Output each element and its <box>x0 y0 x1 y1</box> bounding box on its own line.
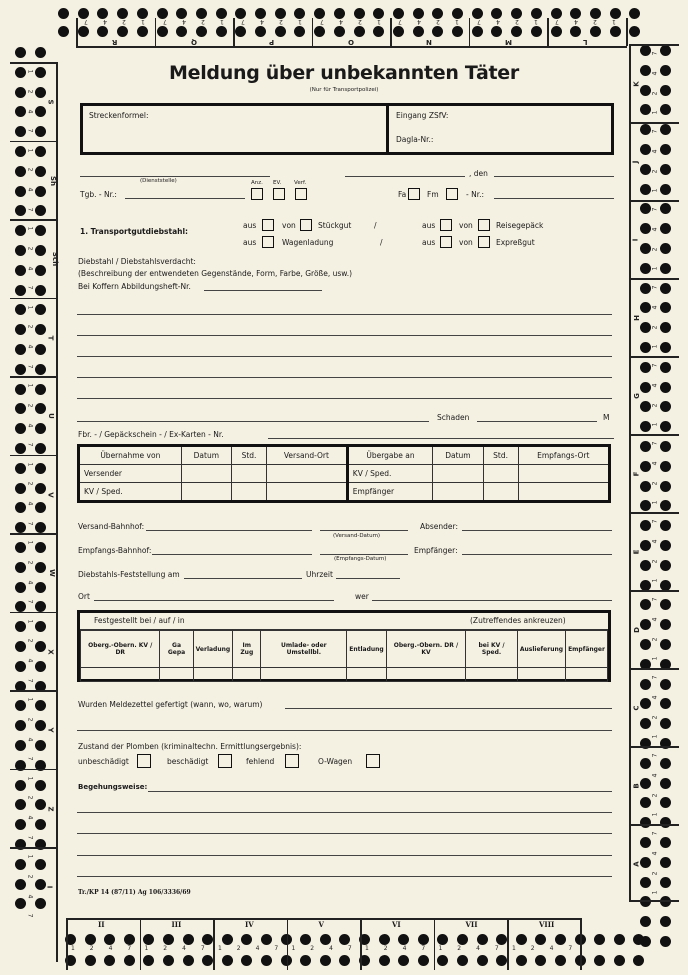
tgb-field[interactable] <box>125 198 245 199</box>
festgestellt-label: Festgestellt bei / auf / in <box>94 616 185 625</box>
punch-label: B <box>633 783 641 788</box>
slash: / <box>374 221 377 230</box>
punch-label: 1 <box>651 189 658 193</box>
stueckgut-aus-checkbox[interactable] <box>262 219 274 231</box>
meldezettel-line-2[interactable] <box>77 730 612 731</box>
punch-hole <box>15 522 26 533</box>
punch-hole <box>640 520 651 531</box>
ev-checkbox[interactable] <box>273 188 285 200</box>
punch-hole <box>516 955 527 966</box>
punch-label: 2 <box>122 18 126 25</box>
punch-hole <box>85 934 96 945</box>
margin-divider <box>626 18 628 46</box>
fm-checkbox[interactable] <box>446 188 458 200</box>
punch-label: 2 <box>651 559 658 563</box>
punch-label: 2 <box>310 945 314 952</box>
punch-hole <box>15 542 26 553</box>
punch-hole <box>640 758 651 769</box>
punch-hole <box>379 955 390 966</box>
punch-hole <box>491 26 502 37</box>
punch-hole <box>35 780 46 791</box>
punch-hole <box>535 934 546 945</box>
fbr-field[interactable] <box>268 438 614 439</box>
margin-divider <box>213 918 215 970</box>
verf-checkbox[interactable] <box>295 188 307 200</box>
expressgut-von-checkbox[interactable] <box>478 236 490 248</box>
ort-field[interactable] <box>94 600 334 601</box>
punch-hole <box>320 934 331 945</box>
table-cell[interactable] <box>466 668 518 682</box>
table-cell[interactable] <box>232 465 267 483</box>
fa-checkbox[interactable] <box>408 188 420 200</box>
margin-divider <box>10 533 57 535</box>
punch-label: S <box>47 99 55 104</box>
table-cell[interactable] <box>160 668 193 682</box>
punch-label: 2 <box>26 168 33 172</box>
punch-hole <box>640 144 651 155</box>
punch-label: R <box>112 38 117 46</box>
punch-label: 2 <box>163 945 167 952</box>
table-cell[interactable] <box>267 483 348 502</box>
punch-label: 4 <box>109 945 113 952</box>
punch-hole <box>294 26 305 37</box>
punch-label: 2 <box>26 246 33 250</box>
punch-hole <box>660 500 671 511</box>
wer-label: wer <box>355 592 369 601</box>
punch-label: 4 <box>26 816 33 820</box>
feststellung-field[interactable] <box>184 578 302 579</box>
punch-hole <box>640 718 651 729</box>
table-cell[interactable] <box>483 465 518 483</box>
punch-hole <box>393 26 404 37</box>
punch-label: 2 <box>651 715 658 719</box>
description-last-line[interactable] <box>77 421 429 422</box>
punch-hole <box>35 819 46 830</box>
table-cell[interactable] <box>483 483 518 502</box>
punch-label: 7 <box>421 945 425 952</box>
punch-hole <box>610 26 621 37</box>
punch-hole <box>477 955 488 966</box>
punch-hole <box>640 599 651 610</box>
punch-hole <box>660 223 671 234</box>
punch-hole <box>15 285 26 296</box>
punch-label: 4 <box>256 945 260 952</box>
punch-hole <box>15 403 26 414</box>
punch-hole <box>640 797 651 808</box>
nr-field[interactable] <box>494 198 614 199</box>
punch-label: 1 <box>651 657 658 661</box>
punch-hole <box>196 26 207 37</box>
writing-line[interactable] <box>77 876 612 877</box>
margin-divider <box>233 18 235 46</box>
punch-hole <box>640 104 651 115</box>
punch-label: 7 <box>127 945 131 952</box>
o-wagen-label: O-Wagen <box>318 757 352 766</box>
margin-divider <box>10 455 57 457</box>
punch-hole <box>35 502 46 513</box>
punch-label: V <box>47 492 55 497</box>
table-cell[interactable] <box>433 465 483 483</box>
punch-hole <box>15 621 26 632</box>
punch-hole <box>640 302 651 313</box>
punch-hole <box>35 265 46 276</box>
unbeschaedigt-label: unbeschädigt <box>78 757 129 766</box>
punch-hole <box>137 26 148 37</box>
margin-divider <box>360 918 362 970</box>
table-header: bei KV / Sped. <box>466 631 518 668</box>
punch-label: 2 <box>457 945 461 952</box>
festgestellt-grid: Oberg.-Obern. KV / DRGa GepaVerladungIm … <box>80 630 608 682</box>
fehlend-label: fehlend <box>246 757 274 766</box>
punch-label: 2 <box>651 247 658 251</box>
punch-label: 2 <box>26 482 33 486</box>
table-header: Versand-Ort <box>267 446 348 465</box>
punch-hole <box>640 203 651 214</box>
punch-label: Y <box>47 727 55 732</box>
punch-label: 1 <box>365 945 369 952</box>
punch-label: 7 <box>651 364 658 368</box>
versand-datum-label: (Versand-Datum) <box>333 533 380 539</box>
table-header: Datum <box>181 446 231 465</box>
punch-label: 4 <box>417 18 421 25</box>
punch-hole <box>398 955 409 966</box>
punch-hole <box>660 342 671 353</box>
punch-hole <box>660 896 671 907</box>
fm-label: Fm <box>427 190 439 199</box>
empfaenger-field[interactable] <box>462 554 612 555</box>
punch-hole <box>640 896 651 907</box>
margin-divider <box>629 668 679 670</box>
punch-hole <box>660 283 671 294</box>
margin-divider <box>76 18 78 46</box>
punch-hole <box>255 26 266 37</box>
punch-hole <box>660 877 671 888</box>
table-cell[interactable] <box>433 483 483 502</box>
punch-hole <box>15 225 26 236</box>
punch-label: 1 <box>455 18 459 25</box>
o-wagen-checkbox[interactable] <box>366 754 380 768</box>
punch-label: 7 <box>26 286 33 290</box>
punch-label: 4 <box>651 539 658 543</box>
punch-label: 2 <box>651 793 658 797</box>
punch-label: E <box>632 550 640 555</box>
punch-label: VIII <box>539 920 554 929</box>
punch-hole <box>35 364 46 375</box>
punch-label: 2 <box>201 18 205 25</box>
aus-label: aus <box>422 221 435 230</box>
punch-hole <box>58 8 69 19</box>
empfangs-datum-field[interactable] <box>320 554 408 555</box>
punch-label: W <box>48 569 56 577</box>
table-cell[interactable] <box>517 668 565 682</box>
punch-label: 4 <box>476 945 480 952</box>
beschaedigt-checkbox[interactable] <box>218 754 232 768</box>
table-cell[interactable] <box>181 465 231 483</box>
punch-hole <box>35 562 46 573</box>
date-field[interactable] <box>494 176 614 177</box>
punch-hole <box>660 382 671 393</box>
punch-hole <box>117 26 128 37</box>
writing-line[interactable] <box>77 356 612 357</box>
punch-hole <box>570 26 581 37</box>
place-field[interactable] <box>345 176 465 177</box>
margin-divider <box>10 298 57 300</box>
punch-hole <box>418 934 429 945</box>
table-cell[interactable] <box>386 668 465 682</box>
punch-hole <box>300 934 311 945</box>
writing-line[interactable] <box>77 314 612 315</box>
table-cell[interactable] <box>261 668 347 682</box>
punch-label: 1 <box>220 18 224 25</box>
table-cell[interactable] <box>233 668 261 682</box>
table-cell: KV / Sped. <box>347 465 432 483</box>
expressgut-aus-checkbox[interactable] <box>440 236 452 248</box>
table-cell[interactable] <box>566 668 608 682</box>
punch-hole <box>496 955 507 966</box>
punch-label: II <box>98 920 105 929</box>
punch-hole <box>640 223 651 234</box>
margin-divider <box>580 918 582 970</box>
punch-hole <box>640 877 651 888</box>
punch-hole <box>35 324 46 335</box>
fehlend-checkbox[interactable] <box>285 754 299 768</box>
margin-divider <box>10 376 57 378</box>
margin-divider <box>10 847 57 849</box>
punch-hole <box>183 955 194 966</box>
punch-label: T <box>46 335 54 340</box>
punch-hole <box>418 955 429 966</box>
writing-line[interactable] <box>77 833 612 834</box>
punch-label: 1 <box>26 148 33 152</box>
reisegepaeck-aus-checkbox[interactable] <box>440 219 452 231</box>
punch-label: 1 <box>26 541 33 545</box>
von-label: von <box>282 221 296 230</box>
punch-label: 2 <box>651 481 658 485</box>
writing-line[interactable] <box>77 855 612 856</box>
table-cell[interactable] <box>181 483 231 502</box>
punch-hole <box>15 126 26 137</box>
punch-hole <box>35 344 46 355</box>
punch-label: 1 <box>651 735 658 739</box>
table-cell[interactable] <box>81 668 160 682</box>
punch-hole <box>15 146 26 157</box>
punch-hole <box>452 26 463 37</box>
punch-hole <box>640 421 651 432</box>
abbildungsheft-field[interactable] <box>204 290 322 291</box>
unbeschaedigt-checkbox[interactable] <box>137 754 151 768</box>
punch-hole <box>275 26 286 37</box>
wagenladung-aus-checkbox[interactable] <box>262 236 274 248</box>
punch-hole <box>35 106 46 117</box>
punch-label: 4 <box>26 188 33 192</box>
top-box-divider <box>386 106 389 152</box>
punch-hole <box>35 522 46 533</box>
punch-label: 7 <box>274 945 278 952</box>
punch-hole <box>35 859 46 870</box>
writing-line[interactable] <box>77 398 612 399</box>
punch-hole <box>640 619 651 630</box>
punch-hole <box>660 639 671 650</box>
punch-label: 2 <box>90 945 94 952</box>
punch-hole <box>660 441 671 452</box>
punch-label: 7 <box>163 18 167 25</box>
punch-hole <box>235 26 246 37</box>
punch-hole <box>15 898 26 909</box>
punch-hole <box>640 322 651 333</box>
punch-hole <box>15 562 26 573</box>
punch-label: 4 <box>182 18 186 25</box>
punch-hole <box>535 955 546 966</box>
punch-hole <box>640 263 651 274</box>
uhrzeit-field[interactable] <box>336 578 400 579</box>
punch-label: 2 <box>279 18 283 25</box>
punch-hole <box>640 362 651 373</box>
meldezettel-field[interactable] <box>285 708 612 709</box>
empfangs-bahnhof-field[interactable] <box>152 554 312 555</box>
punch-hole <box>15 265 26 276</box>
punch-hole <box>15 720 26 731</box>
punch-hole <box>35 285 46 296</box>
table-header: Oberg.-Obern. DR / KV <box>386 631 465 668</box>
absender-label: Absender: <box>420 522 458 531</box>
table-cell: KV / Sped. <box>79 483 182 502</box>
punch-hole <box>35 225 46 236</box>
punch-hole <box>261 934 272 945</box>
margin-divider <box>629 200 679 202</box>
punch-hole <box>35 483 46 494</box>
absender-field[interactable] <box>462 530 612 531</box>
table-header: Verladung <box>193 631 233 668</box>
margin-divider <box>140 918 142 970</box>
table-cell[interactable] <box>347 668 386 682</box>
punch-hole <box>660 718 671 729</box>
margin-divider <box>629 44 679 46</box>
punch-hole <box>35 205 46 216</box>
punch-label: 7 <box>26 443 33 447</box>
writing-line[interactable] <box>77 812 612 813</box>
punch-label: 4 <box>651 695 658 699</box>
table-row <box>81 668 608 682</box>
punch-label: I <box>45 886 53 889</box>
punch-label: 4 <box>103 18 107 25</box>
punch-label: 4 <box>651 461 658 465</box>
punch-hole <box>15 502 26 513</box>
anz-label: Anz. <box>251 180 263 186</box>
punch-label: 1 <box>145 945 149 952</box>
table-header: Umlade- oder Umstellbl. <box>261 631 347 668</box>
punch-label: O <box>348 38 354 46</box>
punch-hole <box>472 26 483 37</box>
punch-label: 4 <box>651 149 658 153</box>
punch-label: IV <box>245 920 254 929</box>
punch-hole <box>640 698 651 709</box>
punch-hole <box>660 401 671 412</box>
punch-hole <box>629 8 640 19</box>
table-cell[interactable] <box>232 483 267 502</box>
punch-hole <box>15 364 26 375</box>
punch-label: 1 <box>651 813 658 817</box>
punch-label: 7 <box>241 18 245 25</box>
punch-hole <box>58 26 69 37</box>
punch-hole <box>339 934 350 945</box>
margin-divider <box>10 690 57 692</box>
punch-hole <box>660 164 671 175</box>
punch-hole <box>35 720 46 731</box>
wer-field[interactable] <box>372 600 612 601</box>
begehungsweise-field[interactable] <box>148 791 612 792</box>
anz-checkbox[interactable] <box>251 188 263 200</box>
punch-label: 4 <box>260 18 264 25</box>
punch-label: 7 <box>651 52 658 56</box>
punch-label: 7 <box>651 442 658 446</box>
punch-hole <box>660 857 671 868</box>
punch-hole <box>660 778 671 789</box>
punch-label: X <box>47 649 55 654</box>
punch-hole <box>300 955 311 966</box>
table-cell[interactable] <box>267 465 348 483</box>
punch-label: 1 <box>298 18 302 25</box>
versand-datum-field[interactable] <box>320 530 408 531</box>
punch-hole <box>660 916 671 927</box>
punch-label: 1 <box>377 18 381 25</box>
margin-divider <box>629 122 679 124</box>
punch-label: 7 <box>651 754 658 758</box>
punch-hole <box>35 700 46 711</box>
writing-line[interactable] <box>77 335 612 336</box>
table-header: Empfänger <box>566 631 608 668</box>
punch-label: 2 <box>651 403 658 407</box>
punch-label: P <box>269 38 274 46</box>
punch-hole <box>640 837 651 848</box>
punch-hole <box>15 463 26 474</box>
table-cell[interactable] <box>193 668 233 682</box>
punch-hole <box>373 26 384 37</box>
schaden-label: Schaden <box>437 413 469 422</box>
ort-label: Ort <box>78 592 90 601</box>
table-cell[interactable] <box>518 465 609 483</box>
writing-line[interactable] <box>77 377 612 378</box>
punch-hole <box>660 243 671 254</box>
punch-label: 2 <box>26 560 33 564</box>
punch-hole <box>241 955 252 966</box>
punch-label: 2 <box>26 325 33 329</box>
reisegepaeck-von-checkbox[interactable] <box>478 219 490 231</box>
versand-bahnhof-field[interactable] <box>146 530 312 531</box>
dienststelle-field[interactable] <box>80 176 270 177</box>
punch-hole <box>202 934 213 945</box>
punch-label: 2 <box>26 874 33 878</box>
punch-hole <box>660 619 671 630</box>
diebstahl-label: Diebstahl / Diebstahlsverdacht: <box>78 257 196 266</box>
table-cell[interactable] <box>518 483 609 502</box>
punch-label: 7 <box>398 18 402 25</box>
punch-label: Z <box>47 806 55 811</box>
handover-table: Übernahme von Datum Std. Versand-Ort Übe… <box>77 444 611 503</box>
punch-label: G <box>633 393 641 399</box>
punch-hole <box>241 934 252 945</box>
empfangs-datum-label: (Empfangs-Datum) <box>334 556 386 562</box>
stueckgut-von-checkbox[interactable] <box>300 219 312 231</box>
table-header: Ga Gepa <box>160 631 193 668</box>
punch-label: 4 <box>651 773 658 777</box>
schaden-field[interactable] <box>477 421 597 422</box>
punch-label: 2 <box>358 18 362 25</box>
margin-divider <box>434 918 436 970</box>
punch-hole <box>640 243 651 254</box>
punch-hole <box>629 26 640 37</box>
punch-label: 1 <box>651 501 658 505</box>
punch-hole <box>640 401 651 412</box>
